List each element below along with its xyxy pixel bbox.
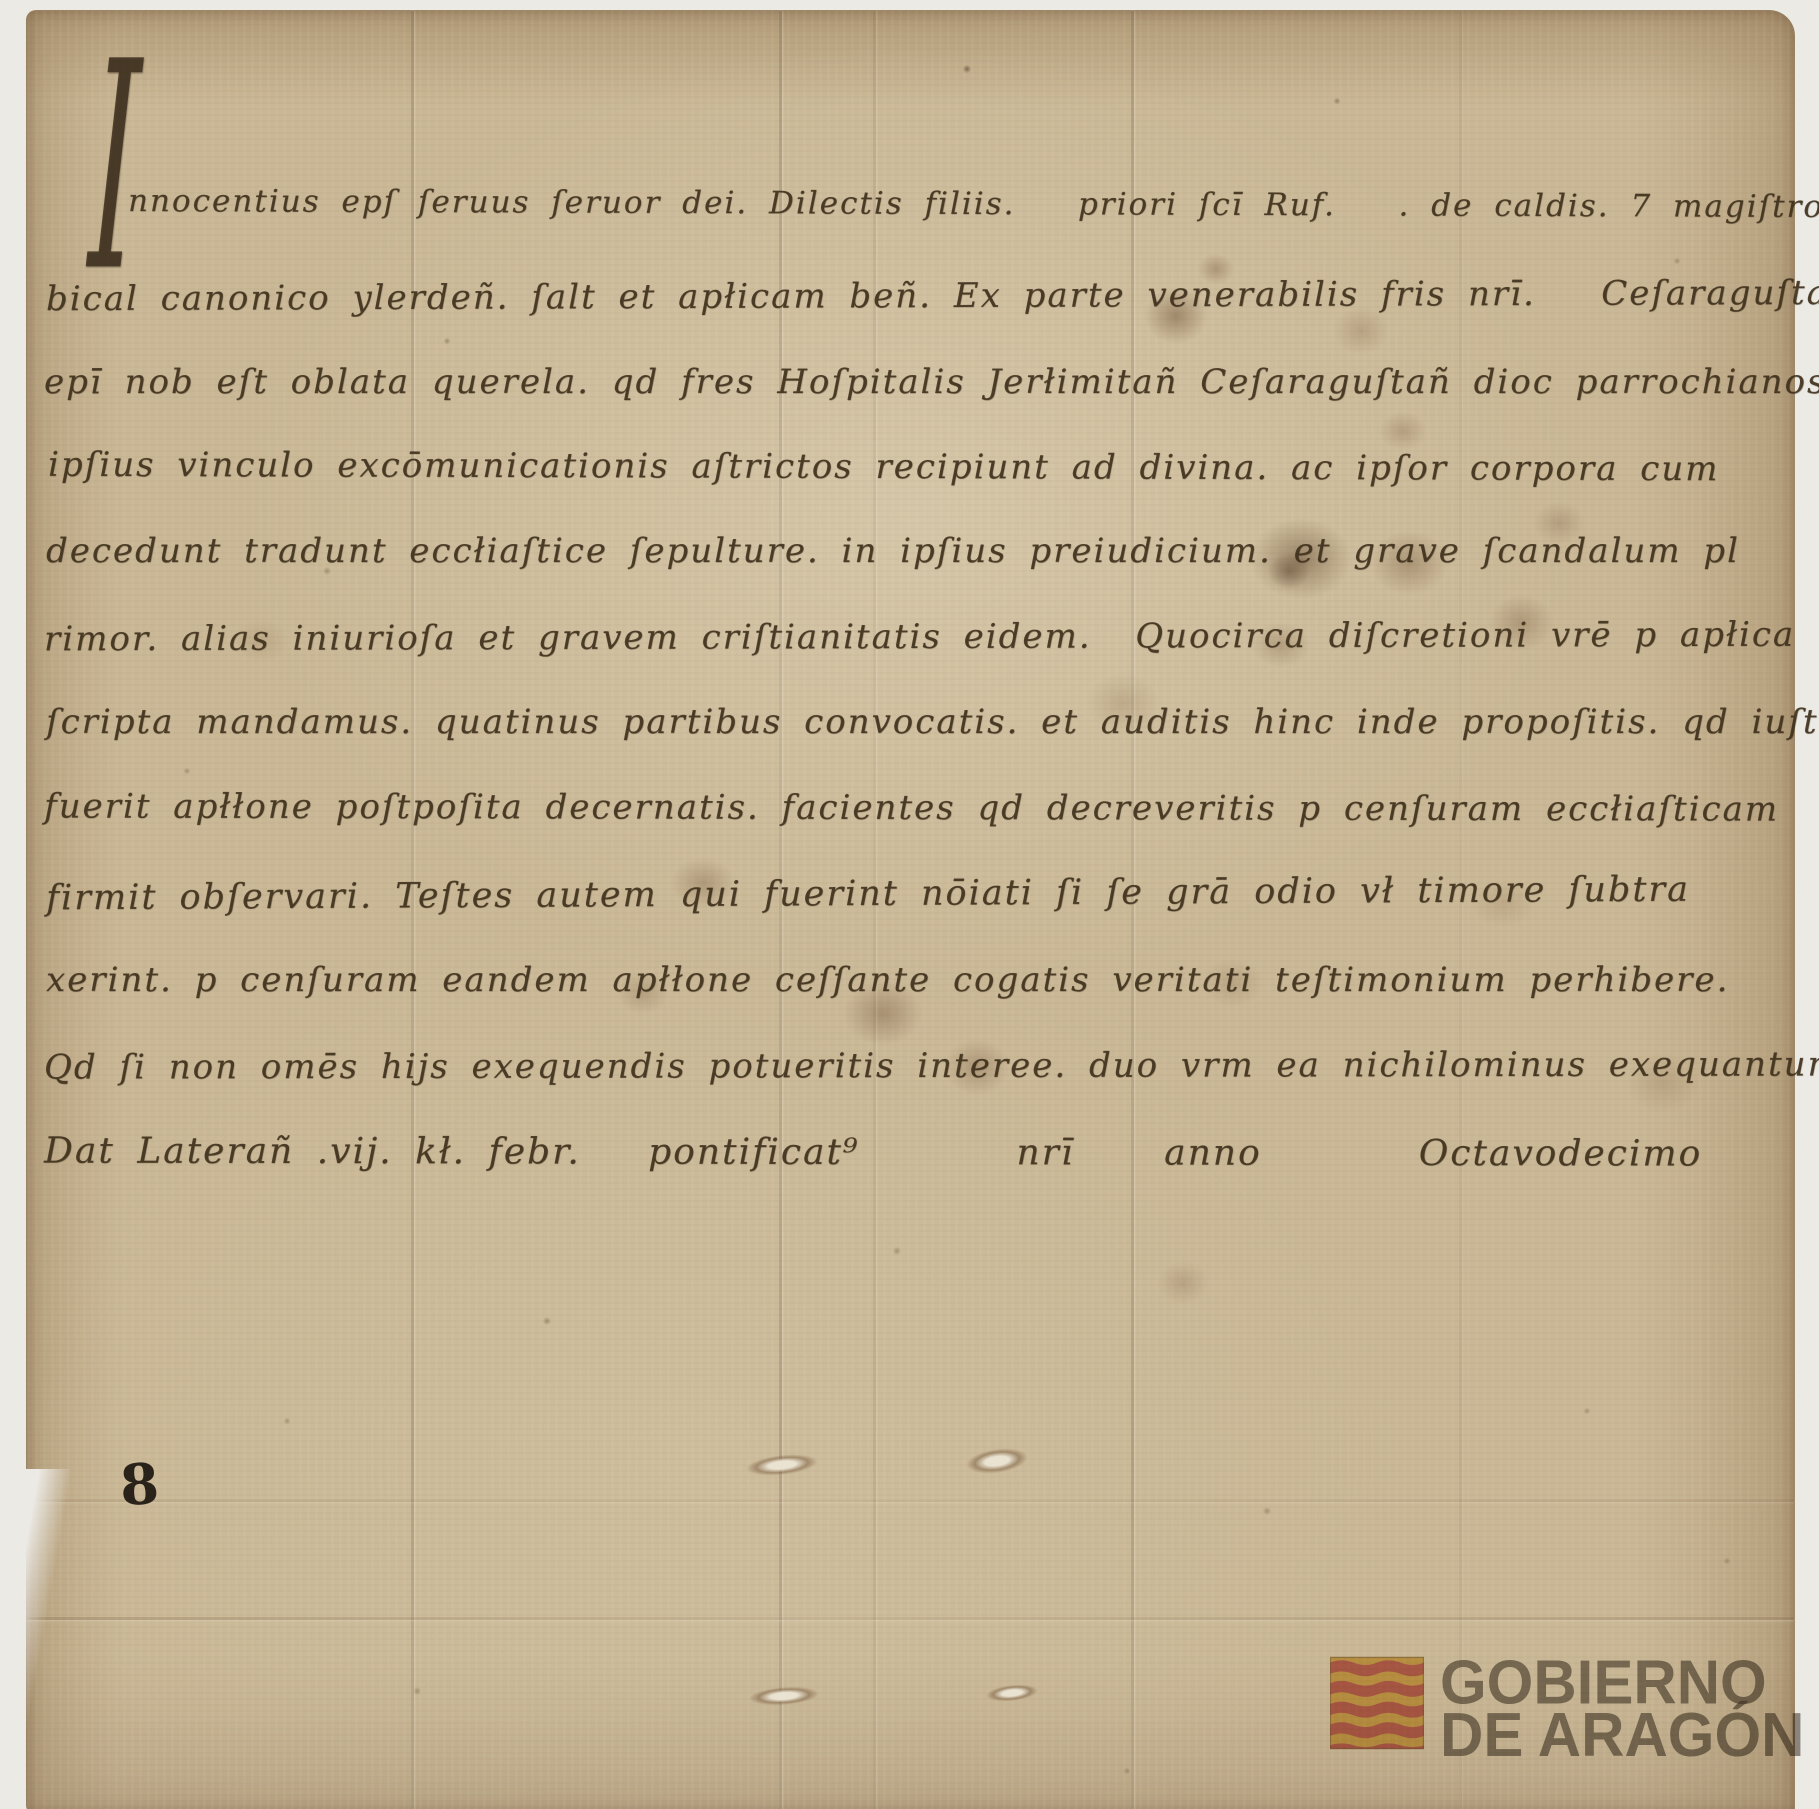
manuscript-line: decedunt tradunt eccłiaſtice ſepulture. … <box>46 531 1740 571</box>
watermark-text-line2: DE ARAGÓN <box>1440 1709 1804 1762</box>
manuscript-line: nnocentius epſ ſeruus ſeruor dei. Dilect… <box>128 183 1819 225</box>
scanned-document-image: { "document": { "initial": "I", "lines":… <box>0 0 1819 1809</box>
manuscript-line: rimor. alias iniurioſa et gravem criſtia… <box>44 615 1795 660</box>
manuscript-line: fuerit apłłone poſtpoſita decernatis. fa… <box>44 786 1779 829</box>
manuscript-line: ſcripta mandamus. quatinus partibus conv… <box>46 702 1819 742</box>
gobierno-aragon-watermark: GOBIERNO DE ARAGÓN <box>1330 1656 1804 1758</box>
initial-letter: I <box>87 50 142 285</box>
manuscript-line: epī nob eſt oblata querela. qd fres Hoſp… <box>44 362 1819 402</box>
manuscript-line: Qd ſi non omēs hijs exequendis potueriti… <box>44 1044 1819 1087</box>
manuscript-line: ipſius vinculo excōmunicationis aſtricto… <box>48 445 1719 489</box>
background-corner <box>0 1469 70 1809</box>
aragon-shield-icon <box>1330 1656 1424 1750</box>
manuscript-line: xerint. p cenſuram eandem apłłone ceſſan… <box>46 960 1729 1000</box>
folio-number: 8 <box>118 1451 160 1519</box>
manuscript-line: bical canonico ylerdeñ. ſalt et apłicam … <box>46 273 1819 319</box>
manuscript-line: Dat Laterañ .vij. kł. febr. pontificat⁹ … <box>44 1131 1702 1175</box>
